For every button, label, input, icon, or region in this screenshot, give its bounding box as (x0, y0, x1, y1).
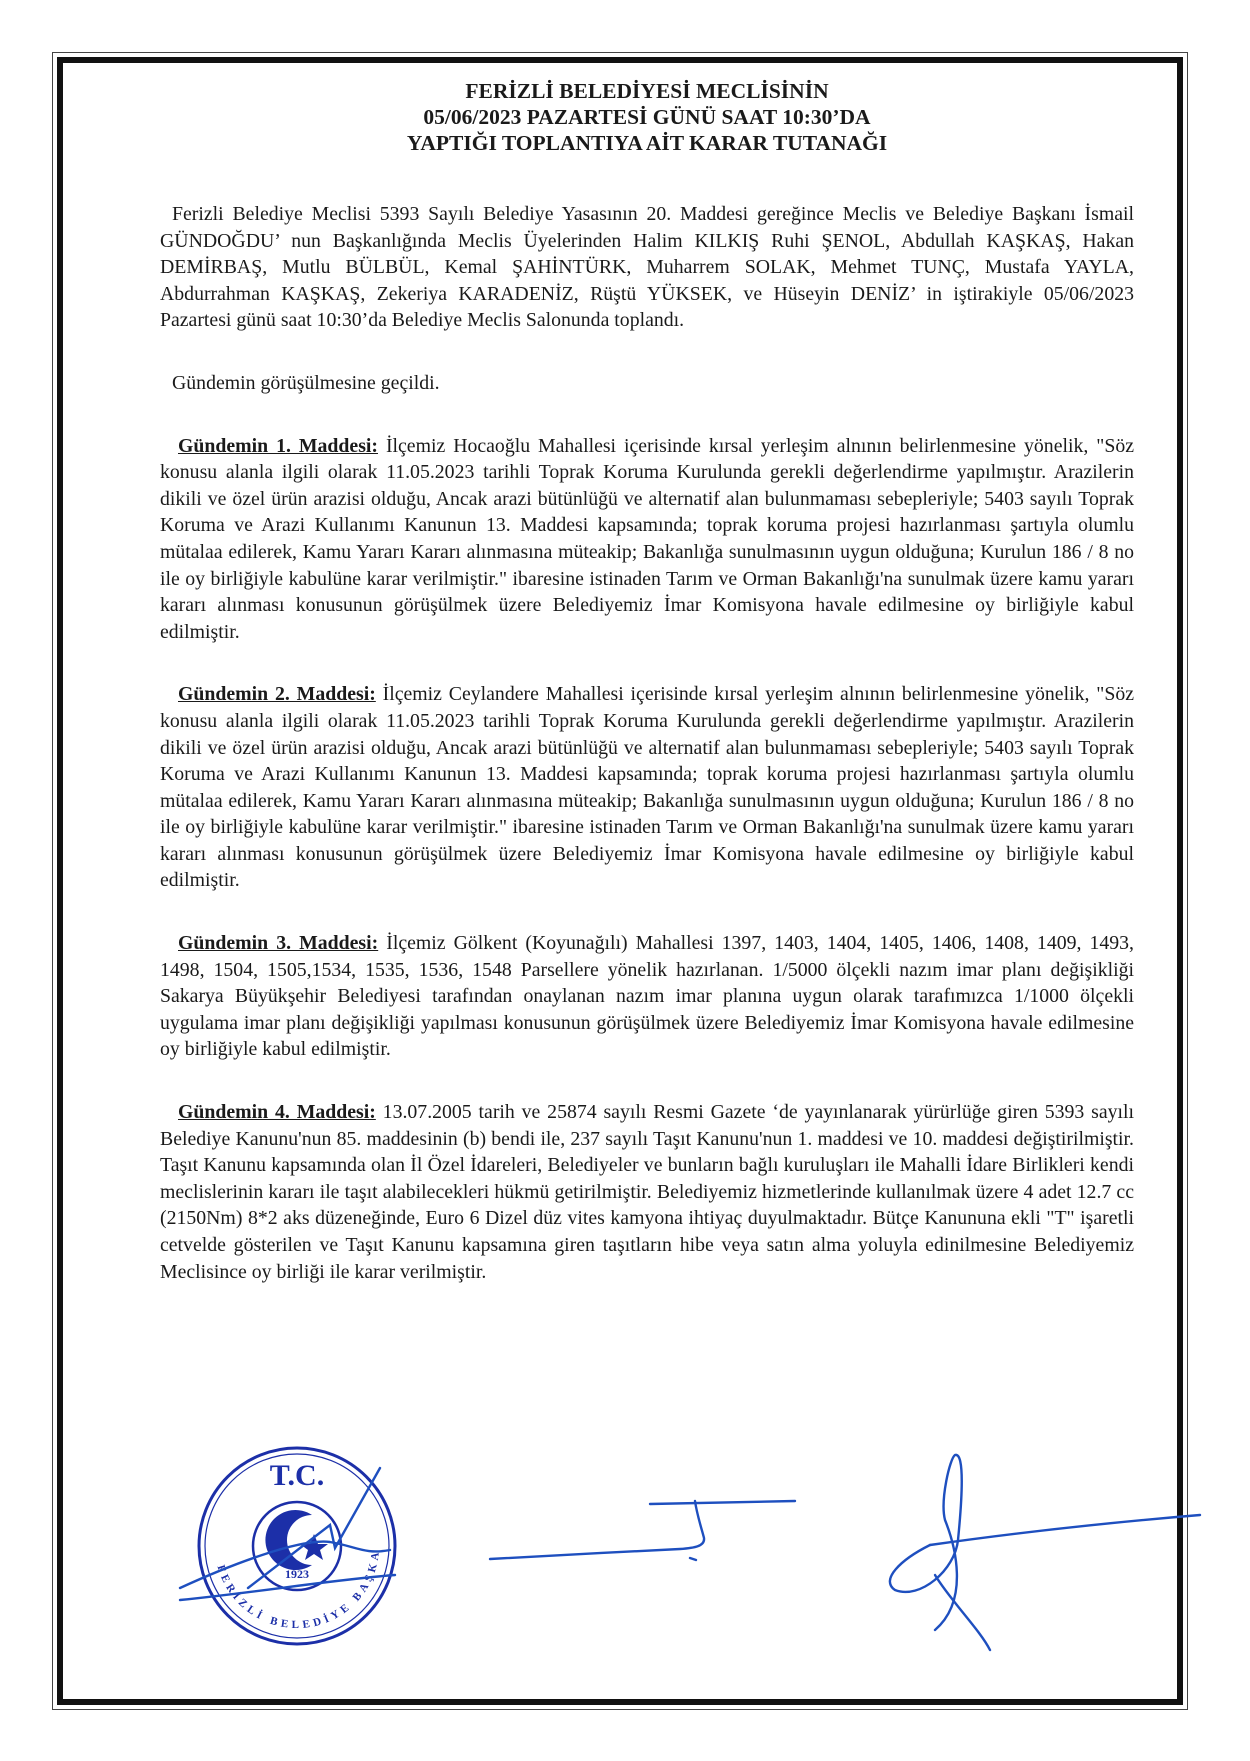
title-line-3: YAPTIĞI TOPLANTIYA AİT KARAR TUTANAĞI (160, 130, 1134, 156)
agenda-item-4: Gündemin 4. Maddesi: 13.07.2005 tarih ve… (160, 1099, 1134, 1285)
intro-paragraph: Ferizli Belediye Meclisi 5393 Sayılı Bel… (160, 201, 1134, 334)
document-title: FERİZLİ BELEDİYESİ MECLİSİNİN 05/06/2023… (160, 78, 1134, 156)
agenda-item-label: Gündemin 2. Maddesi: (178, 683, 376, 705)
agenda-item-label: Gündemin 1. Maddesi: (178, 435, 378, 457)
agenda-item-label: Gündemin 3. Maddesi: (178, 932, 378, 954)
transition-line: Gündemin görüşülmesine geçildi. (172, 370, 1134, 397)
agenda-item-3: Gündemin 3. Maddesi: İlçemiz Gölkent (Ko… (160, 930, 1134, 1063)
agenda-item-text: İlçemiz Ceylandere Mahallesi içerisinde … (160, 683, 1134, 891)
agenda-item-2: Gündemin 2. Maddesi: İlçemiz Ceylandere … (160, 681, 1134, 894)
title-line-1: FERİZLİ BELEDİYESİ MECLİSİNİN (160, 78, 1134, 104)
document-body: FERİZLİ BELEDİYESİ MECLİSİNİN 05/06/2023… (160, 78, 1134, 1285)
title-line-2: 05/06/2023 PAZARTESİ GÜNÜ SAAT 10:30’DA (160, 104, 1134, 130)
agenda-item-label: Gündemin 4. Maddesi: (178, 1101, 376, 1123)
agenda-item-text: 13.07.2005 tarih ve 25874 sayılı Resmi G… (160, 1101, 1134, 1283)
agenda-item-1: Gündemin 1. Maddesi: İlçemiz Hocaoğlu Ma… (160, 433, 1134, 646)
agenda-item-text: İlçemiz Hocaoğlu Mahallesi içerisinde kı… (160, 435, 1134, 643)
